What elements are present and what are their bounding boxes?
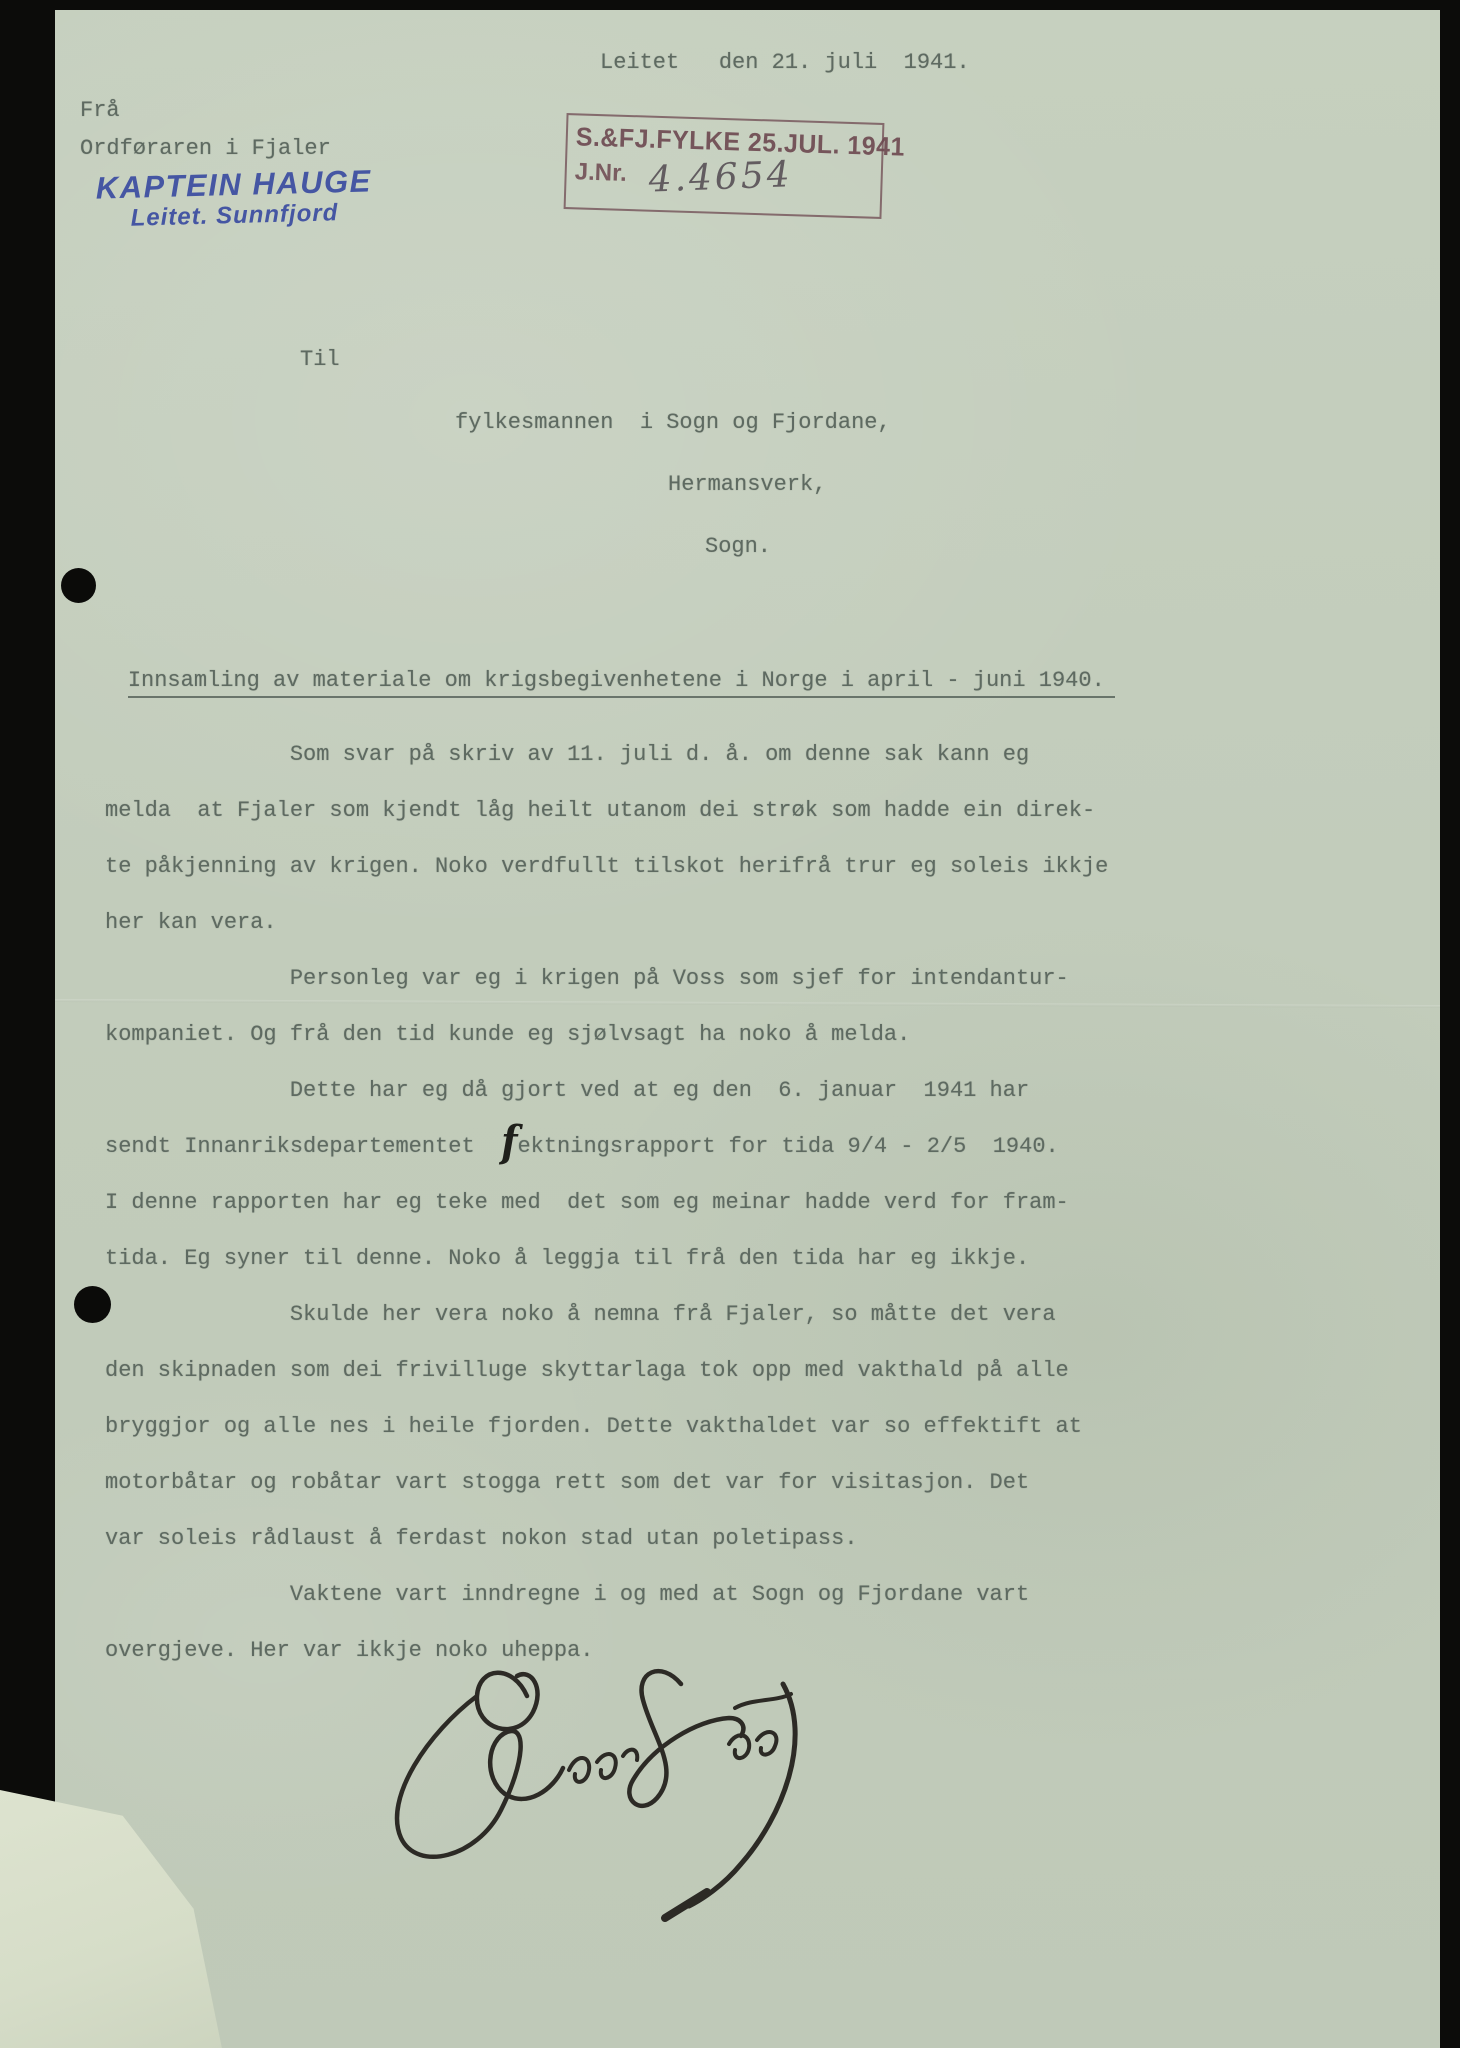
body-line: Vaktene vart inndregne i og med at Sogn …	[105, 1582, 1225, 1638]
subject-text: Innsamling av materiale om krigsbegivenh…	[128, 668, 1115, 698]
subject-line: Innsamling av materiale om krigsbegivenh…	[75, 642, 1115, 720]
body-line: te påkjenning av krigen. Noko verdfullt …	[105, 854, 1225, 910]
body-line-segment: sendt Innanriksdepartementet	[105, 1134, 501, 1159]
date-line: Leitet den 21. juli 1941.	[600, 50, 970, 76]
body-line: tida. Eg syner til denne. Noko å leggja …	[105, 1246, 1225, 1302]
body-line: Personleg var eg i krigen på Voss som sj…	[105, 966, 1225, 1022]
letter-body: Som svar på skriv av 11. juli d. å. om d…	[105, 742, 1225, 1694]
body-line: motorbåtar og robåtar vart stogga rett s…	[105, 1470, 1225, 1526]
punch-hole-top	[61, 568, 96, 603]
handwritten-signature	[325, 1648, 825, 1968]
body-line: I denne rapporten har eg teke med det so…	[105, 1190, 1225, 1246]
body-line: Skulde her vera noko å nemna frå Fjaler,…	[105, 1302, 1225, 1358]
journal-number-label: J.Nr.	[574, 158, 627, 188]
scanned-letter-page: Leitet den 21. juli 1941. Frå Ordføraren…	[0, 0, 1460, 2048]
body-line: her kan vera.	[105, 910, 1225, 966]
body-line: den skipnaden som dei frivilluge skyttar…	[105, 1358, 1225, 1414]
from-label: Frå	[80, 98, 120, 124]
sender-rubber-stamp: KAPTEIN HAUGE Leitet. Sunnfjord	[95, 164, 373, 233]
body-line: Dette har eg då gjort ved at eg den 6. j…	[105, 1078, 1225, 1134]
from-name: Ordføraren i Fjaler	[80, 136, 331, 162]
journal-number-handwritten: 4.4654	[648, 160, 793, 196]
body-line-segment: ektningsrapport for tida 9/4 - 2/5 1940.	[517, 1134, 1058, 1159]
to-label: Til	[300, 347, 340, 373]
body-line: melda at Fjaler som kjendt låg heilt uta…	[105, 798, 1225, 854]
received-stamp-line1: S.&FJ.FYLKE 25.JUL. 1941	[575, 121, 862, 161]
body-line: Som svar på skriv av 11. juli d. å. om d…	[105, 742, 1225, 798]
received-date-stamp: S.&FJ.FYLKE 25.JUL. 1941 J.Nr. 4.4654	[564, 113, 885, 219]
body-line: var soleis rådlaust å ferdast nokon stad…	[105, 1526, 1225, 1582]
body-line: bryggjor og alle nes i heile fjorden. De…	[105, 1414, 1225, 1470]
recipient-line-3: Sogn.	[705, 534, 771, 560]
recipient-line-2: Hermansverk,	[668, 472, 826, 498]
body-line-with-correction: sendt Innanriksdepartementet fektningsra…	[105, 1134, 1225, 1190]
recipient-line-1: fylkesmannen i Sogn og Fjordane,	[455, 410, 891, 436]
signature-ink	[325, 1648, 825, 1968]
body-line: kompaniet. Og frå den tid kunde eg sjølv…	[105, 1022, 1225, 1078]
